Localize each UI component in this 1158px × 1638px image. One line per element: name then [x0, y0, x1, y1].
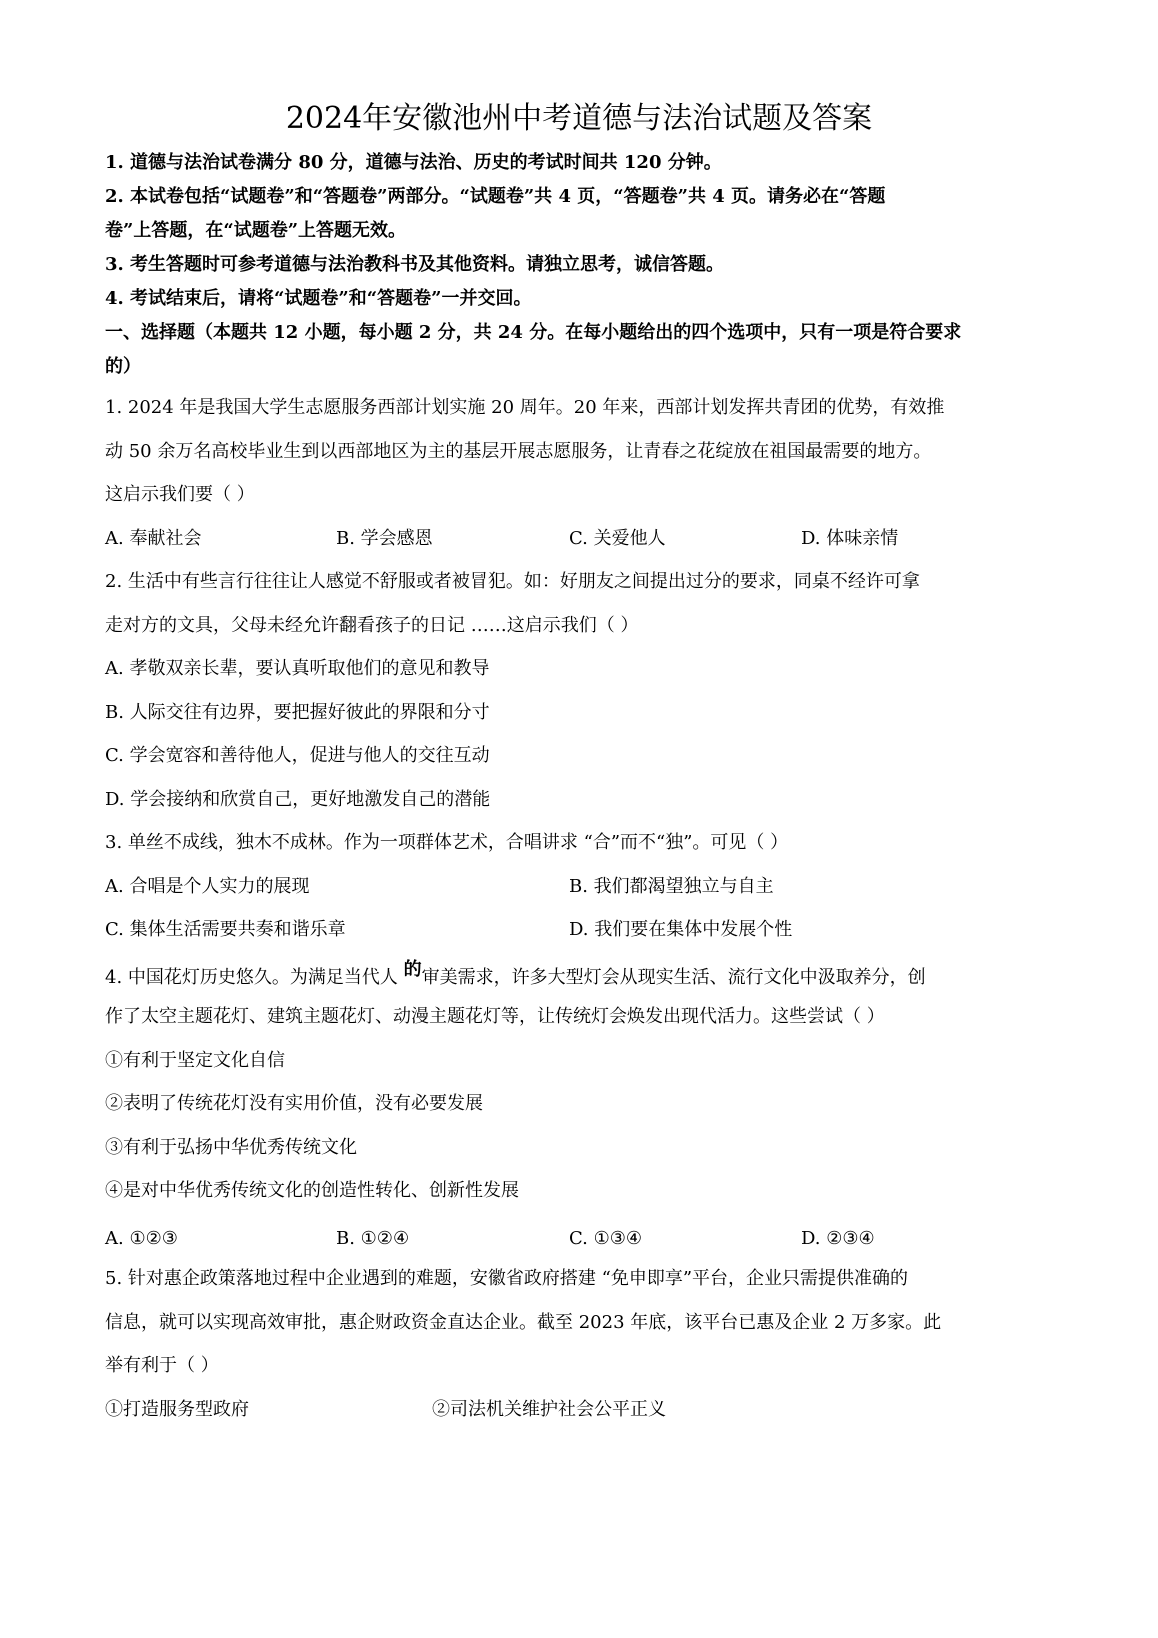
- question-3-option-a: A. 合唱是个人实力的展现: [105, 876, 309, 898]
- question-1-line-1: 1. 2024 年是我国大学生志愿服务西部计划实施 20 周年。20 年来，西部…: [105, 397, 944, 419]
- instruction-2-cont: 卷”上答题，在“试题卷”上答题无效。: [105, 220, 406, 242]
- question-4-statement-3: ③有利于弘扬中华优秀传统文化: [105, 1137, 357, 1159]
- question-4-statement-1: ①有利于坚定文化自信: [105, 1050, 285, 1072]
- exam-page: 2024年安徽池州中考道德与法治试题及答案 1. 道德与法治试卷满分 80 分，…: [0, 0, 1158, 1638]
- section-heading: 一、选择题（本题共 12 小题，每小题 2 分，共 24 分。在每小题给出的四个…: [105, 322, 961, 344]
- question-1-line-2: 动 50 余万名高校毕业生到以西部地区为主的基层开展志愿服务，让青春之花绽放在祖…: [105, 441, 931, 463]
- question-2-option-d: D. 学会接纳和欣赏自己，更好地激发自己的潜能: [105, 789, 490, 811]
- question-2-option-c: C. 学会宽容和善待他人，促进与他人的交往互动: [105, 745, 490, 767]
- question-5-line-1: 5. 针对惠企政策落地过程中企业遇到的难题，安徽省政府搭建 “免申即享”平台，企…: [105, 1268, 908, 1290]
- question-4-line-1-a: 4. 中国花灯历史悠久。为满足当代人: [105, 967, 404, 988]
- question-4-option-a: A. ①②③: [105, 1228, 178, 1250]
- section-heading-cont: 的）: [105, 356, 141, 378]
- question-4-line-1: 4. 中国花灯历史悠久。为满足当代人 的审美需求，许多大型灯会从现实生活、流行文…: [105, 967, 926, 989]
- instruction-3: 3. 考生答题时可参考道德与法治教科书及其他资料。请独立思考，诚信答题。: [105, 254, 724, 276]
- question-1-option-a: A. 奉献社会: [105, 528, 201, 550]
- question-4-statement-4: ④是对中华优秀传统文化的创造性转化、创新性发展: [105, 1180, 519, 1202]
- question-4-line-2: 作了太空主题花灯、建筑主题花灯、动漫主题花灯等，让传统灯会焕发出现代活力。这些尝…: [105, 1006, 885, 1028]
- question-1-option-b: B. 学会感恩: [336, 528, 433, 550]
- question-1-option-c: C. 关爱他人: [569, 528, 666, 550]
- instruction-4: 4. 考试结束后，请将“试题卷”和“答题卷”一并交回。: [105, 288, 531, 310]
- question-5-statement-1: ①打造服务型政府: [105, 1399, 249, 1421]
- question-2-option-a: A. 孝敬双亲长辈，要认真听取他们的意见和教导: [105, 658, 489, 680]
- question-5-statement-2: ②司法机关维护社会公平正义: [432, 1399, 666, 1421]
- question-2-line-2: 走对方的文具，父母未经允许翻看孩子的日记 ……这启示我们（ ）: [105, 615, 638, 637]
- question-4-option-d: D. ②③④: [801, 1228, 875, 1250]
- question-3-option-d: D. 我们要在集体中发展个性: [569, 919, 792, 941]
- question-3-option-b: B. 我们都渴望独立与自主: [569, 876, 774, 898]
- question-4-line-1-b: 审美需求，许多大型灯会从现实生活、流行文化中汲取养分，创: [422, 967, 926, 988]
- question-4-superscript-char: 的: [404, 959, 422, 980]
- question-3-option-c: C. 集体生活需要共奏和谐乐章: [105, 919, 346, 941]
- question-4-option-b: B. ①②④: [336, 1228, 409, 1250]
- question-2-option-b: B. 人际交往有边界，要把握好彼此的界限和分寸: [105, 702, 490, 724]
- question-1-line-3: 这启示我们要（ ）: [105, 484, 255, 506]
- question-1-option-d: D. 体味亲情: [801, 528, 898, 550]
- question-4-option-c: C. ①③④: [569, 1228, 642, 1250]
- instruction-2: 2. 本试卷包括“试题卷”和“答题卷”两部分。“试题卷”共 4 页，“答题卷”共…: [105, 186, 885, 208]
- question-4-statement-2: ②表明了传统花灯没有实用价值，没有必要发展: [105, 1093, 483, 1115]
- question-3-line-1: 3. 单丝不成线，独木不成林。作为一项群体艺术，合唱讲求 “合”而不“独”。可见…: [105, 832, 788, 854]
- question-2-line-1: 2. 生活中有些言行往往让人感觉不舒服或者被冒犯。如：好朋友之间提出过分的要求，…: [105, 571, 920, 593]
- question-5-line-2: 信息，就可以实现高效审批，惠企财政资金直达企业。截至 2023 年底，该平台已惠…: [105, 1312, 941, 1334]
- question-5-line-3: 举有利于（ ）: [105, 1355, 219, 1377]
- instruction-1: 1. 道德与法治试卷满分 80 分，道德与法治、历史的考试时间共 120 分钟。: [105, 152, 722, 174]
- page-title: 2024年安徽池州中考道德与法治试题及答案: [0, 101, 1158, 137]
